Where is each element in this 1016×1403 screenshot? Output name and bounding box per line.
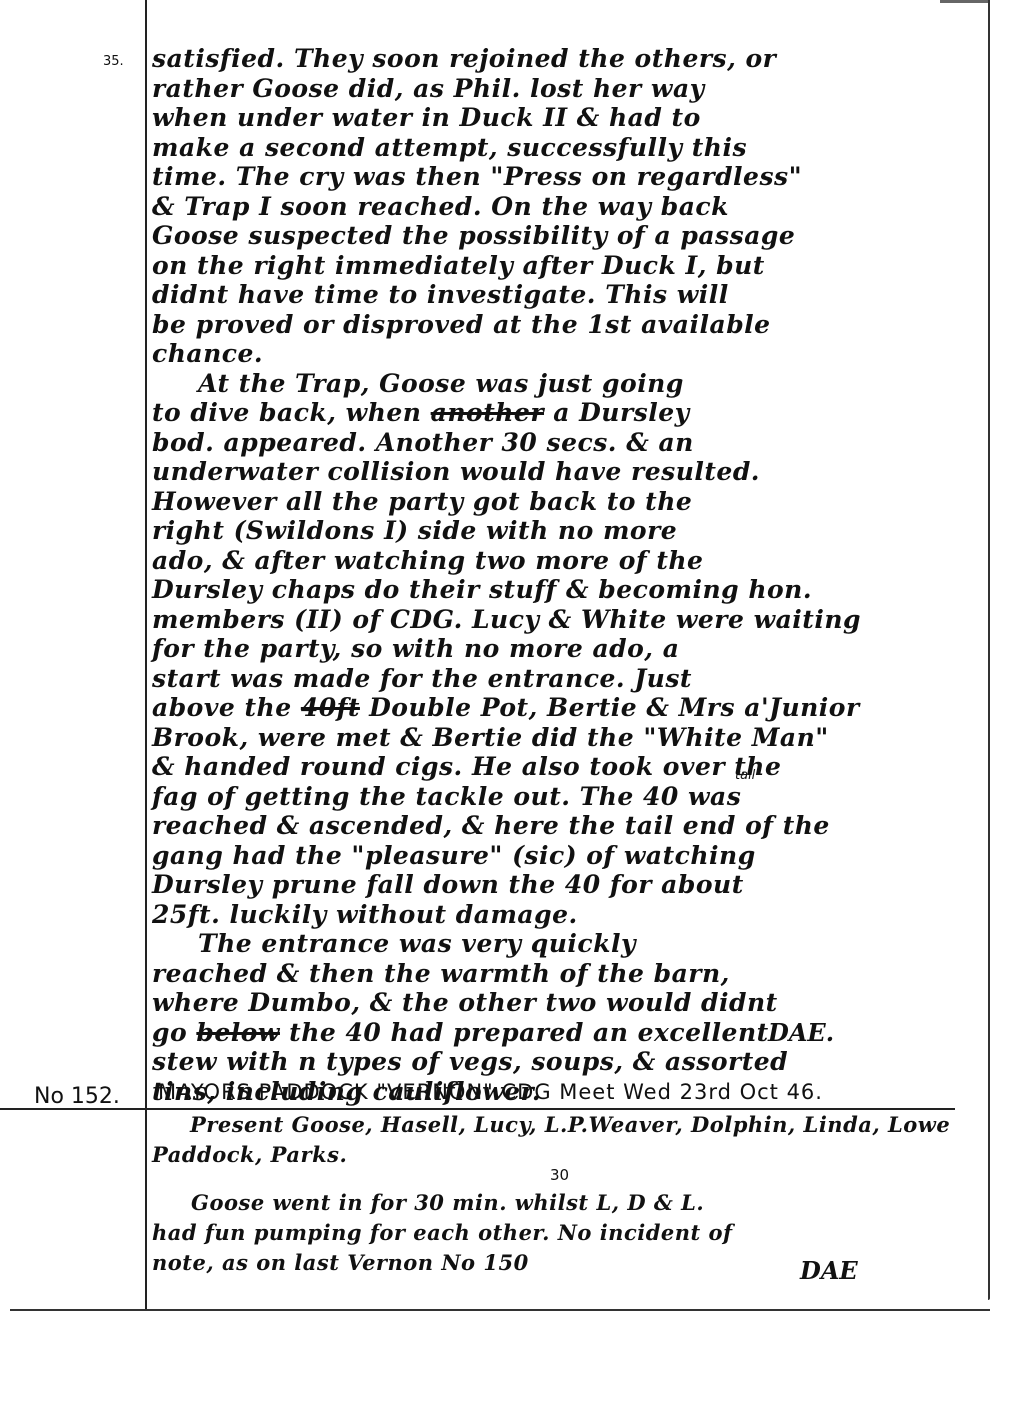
handwritten-line: reached & ascended, & here the tail end … xyxy=(152,811,861,841)
handwritten-line: didnt have time to investigate. This wil… xyxy=(152,280,861,310)
handwritten-line: 25ft. luckily without damage. xyxy=(152,900,861,930)
handwritten-line: fag of getting the tackle out. The 40 wa… xyxy=(152,782,861,812)
handwritten-line: rather Goose did, as Phil. lost her way xyxy=(152,74,861,104)
handwritten-line: where Dumbo, & the other two would didnt xyxy=(152,988,861,1018)
handwritten-line: ado, & after watching two more of the xyxy=(152,546,861,576)
struck-word: 40ft xyxy=(301,693,360,722)
handwritten-line: stew with n types of vegs, soups, & asso… xyxy=(152,1047,861,1077)
page-bottom-rule xyxy=(10,1309,990,1311)
page-top-edge xyxy=(940,0,990,3)
handwritten-line: members (II) of CDG. Lucy & White were w… xyxy=(152,605,861,635)
margin-rule xyxy=(145,0,147,1310)
correction-superscript: 30 xyxy=(550,1166,569,1184)
handwritten-line: to dive back, when another a Dursley xyxy=(152,398,861,428)
handwritten-line: go below the 40 had prepared an excellen… xyxy=(152,1018,861,1048)
present-list-line-2: Paddock, Parks. xyxy=(152,1140,347,1170)
handwritten-line: satisfied. They soon rejoined the others… xyxy=(152,44,861,74)
handwritten-line: underwater collision would have resulted… xyxy=(152,457,861,487)
entry-title: MAYORS PADDOCK "VERNON" CDG Meet Wed 23r… xyxy=(158,1080,823,1104)
page-right-edge xyxy=(988,0,990,1300)
handwritten-line: note, as on last Vernon No 150 xyxy=(152,1248,733,1278)
struck-word: below xyxy=(196,1018,280,1047)
handwritten-line: when under water in Duck II & had to xyxy=(152,103,861,133)
handwritten-line: on the right immediately after Duck I, b… xyxy=(152,251,861,281)
signature-previous-entry: DAE. xyxy=(768,1018,834,1047)
handwritten-line: time. The cry was then "Press on regardl… xyxy=(152,162,861,192)
logbook-page: 35. satisfied. They soon rejoined the ot… xyxy=(0,0,1016,1403)
handwritten-line: for the party, so with no more ado, a xyxy=(152,634,861,664)
entry-number: No 152. xyxy=(34,1084,120,1109)
handwritten-line: Goose suspected the possibility of a pas… xyxy=(152,221,861,251)
signature-entry: DAE xyxy=(800,1256,858,1285)
entry-body-text: Goose went in for 30 min. whilst L, D & … xyxy=(152,1188,733,1278)
handwritten-line: Dursley chaps do their stuff & becoming … xyxy=(152,575,861,605)
handwritten-line: start was made for the entrance. Just xyxy=(152,664,861,694)
handwritten-line: Goose went in for 30 min. whilst L, D & … xyxy=(152,1188,733,1218)
handwritten-line: Brook, were met & Bertie did the "White … xyxy=(152,723,861,753)
handwritten-line: At the Trap, Goose was just going xyxy=(152,369,861,399)
insertion-tail: tail xyxy=(735,768,755,783)
handwritten-line: had fun pumping for each other. No incid… xyxy=(152,1218,733,1248)
handwritten-line: Dursley prune fall down the 40 for about xyxy=(152,870,861,900)
struck-word: another xyxy=(431,398,544,427)
handwritten-line: & Trap I soon reached. On the way back xyxy=(152,192,861,222)
handwritten-line: bod. appeared. Another 30 secs. & an xyxy=(152,428,861,458)
handwritten-line: gang had the "pleasure" (sic) of watchin… xyxy=(152,841,861,871)
handwritten-line: chance. xyxy=(152,339,861,369)
handwritten-line: The entrance was very quickly xyxy=(152,929,861,959)
previous-entry-text: satisfied. They soon rejoined the others… xyxy=(152,44,861,1106)
handwritten-line: make a second attempt, successfully this xyxy=(152,133,861,163)
handwritten-line: reached & then the warmth of the barn, xyxy=(152,959,861,989)
handwritten-line: However all the party got back to the xyxy=(152,487,861,517)
handwritten-line: right (Swildons I) side with no more xyxy=(152,516,861,546)
present-list-line-1: Present Goose, Hasell, Lucy, L.P.Weaver,… xyxy=(190,1110,950,1140)
line-number-marker: 35. xyxy=(103,54,124,69)
handwritten-line: be proved or disproved at the 1st availa… xyxy=(152,310,861,340)
handwritten-line: above the 40ft Double Pot, Bertie & Mrs … xyxy=(152,693,861,723)
